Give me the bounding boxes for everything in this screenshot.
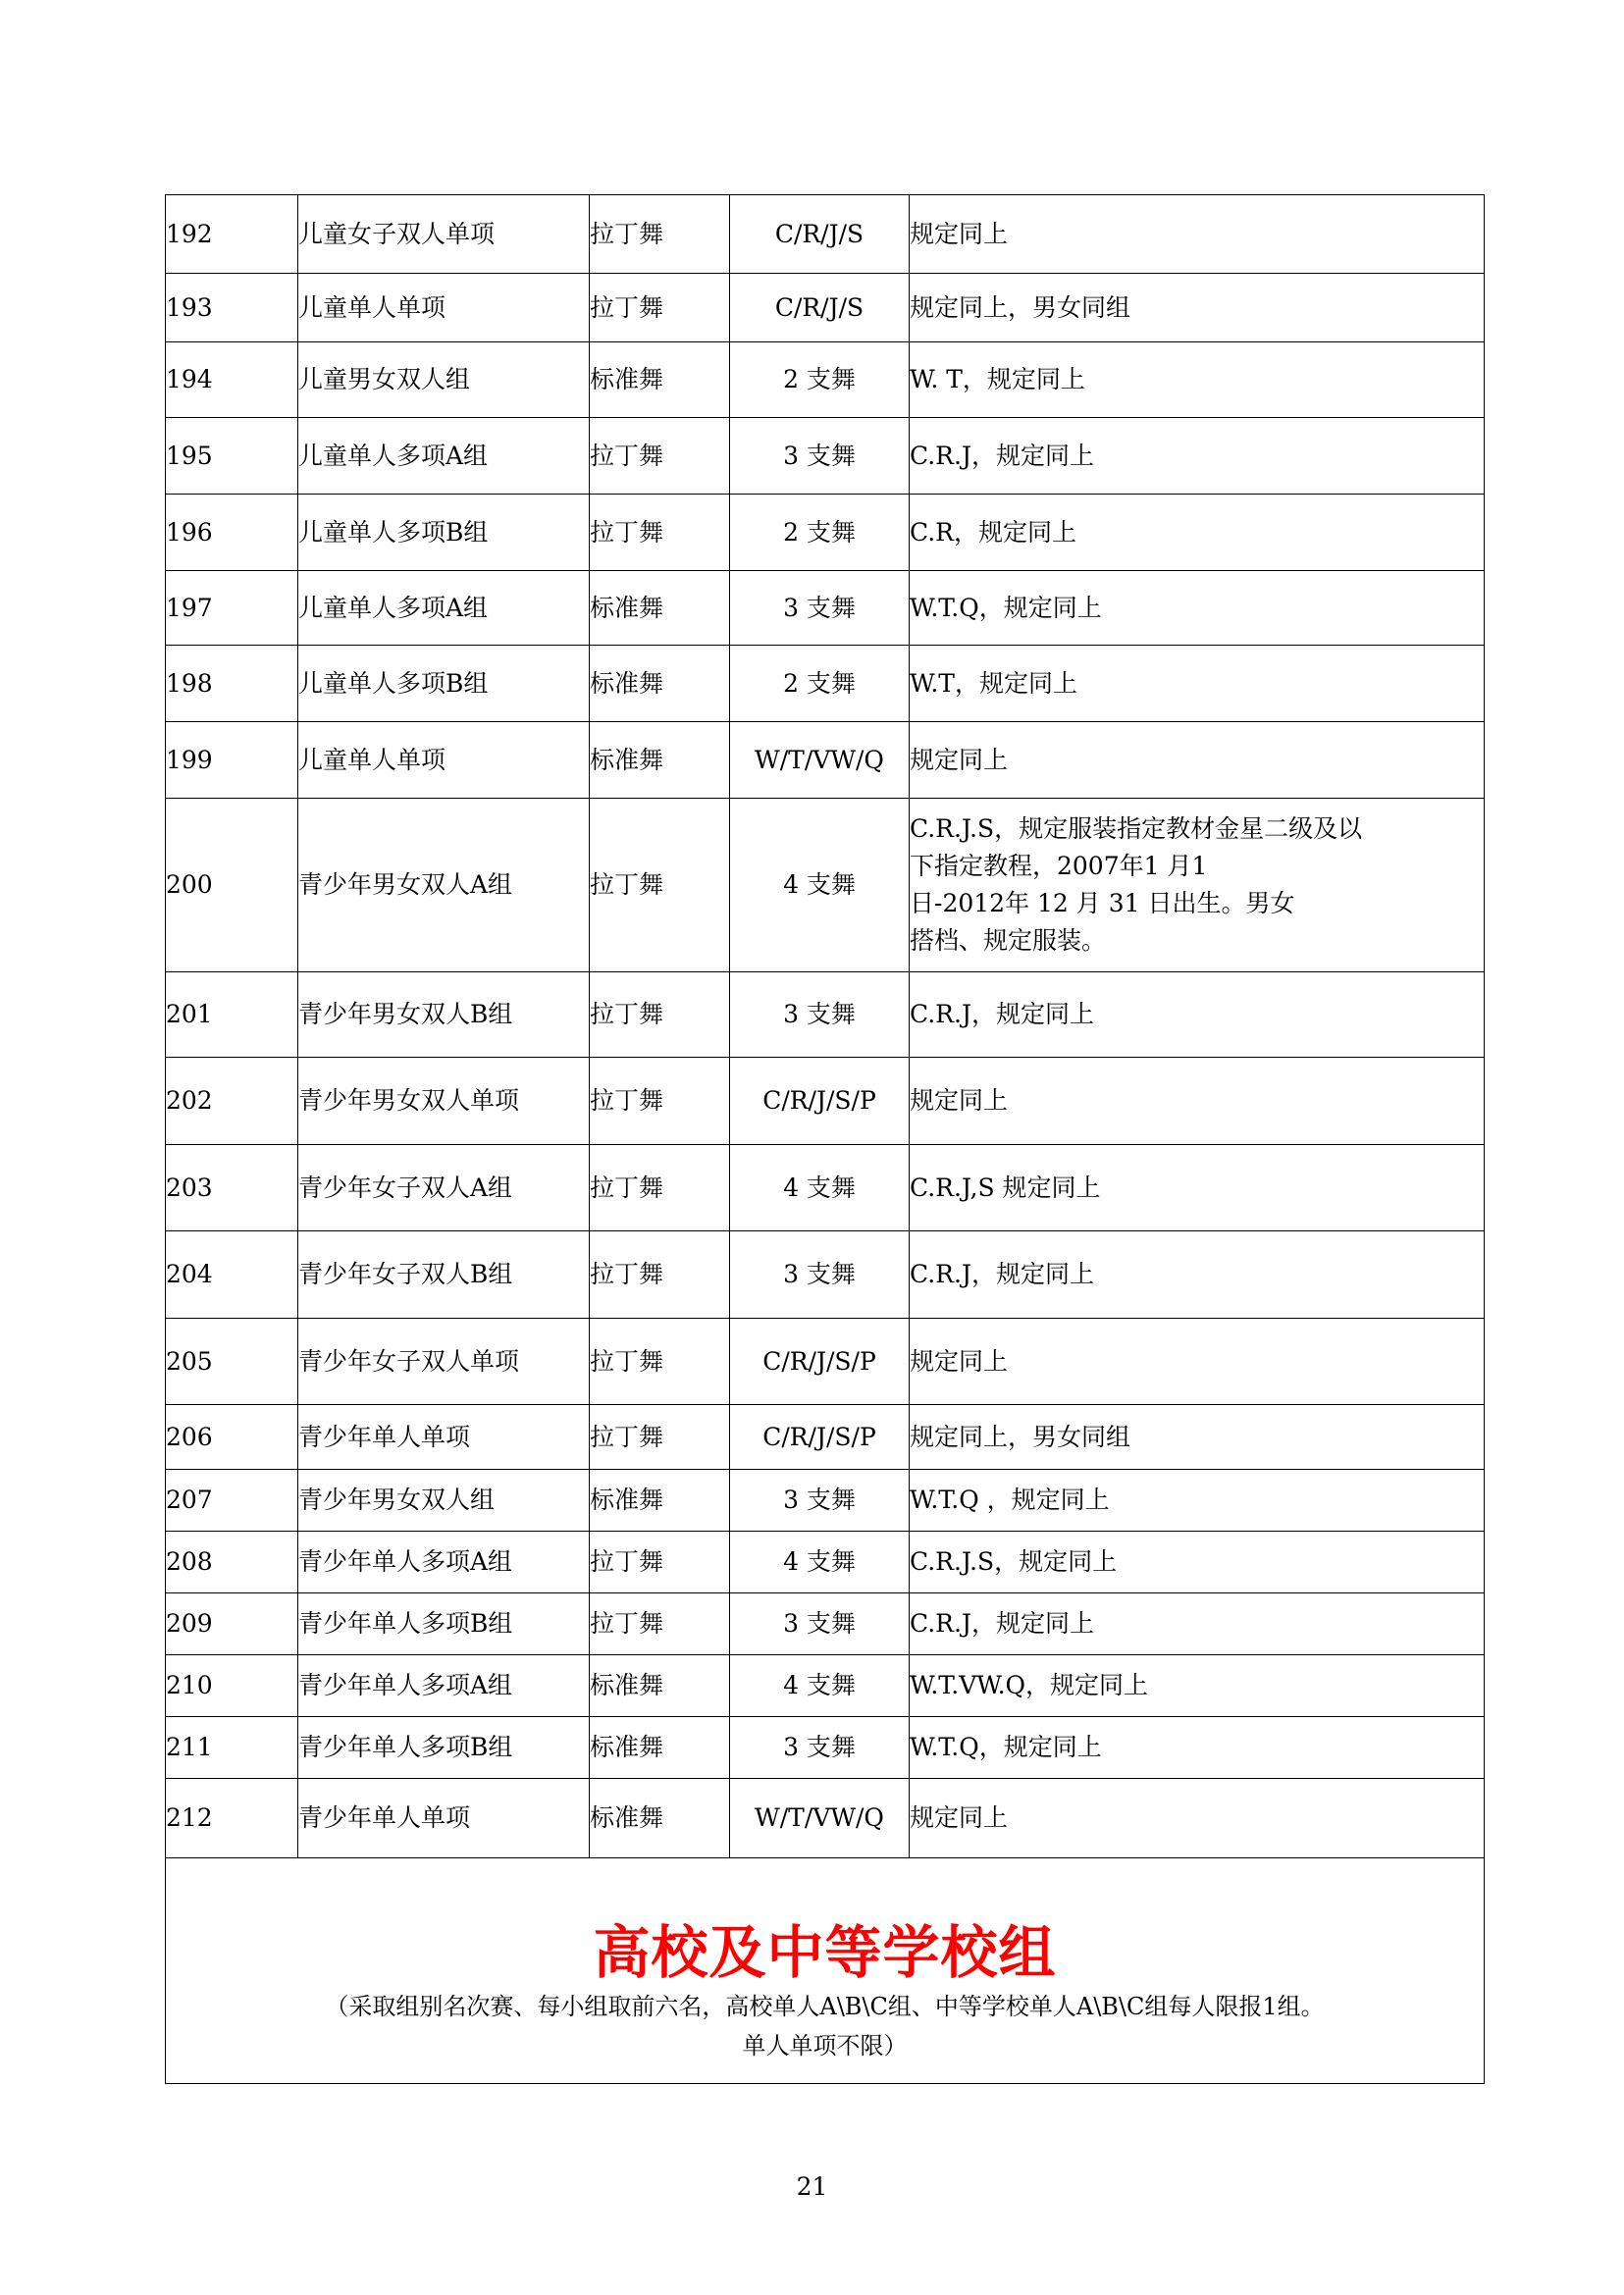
- event-number-cell: 192: [166, 195, 298, 274]
- note-cell: W.T.Q ，规定同上: [910, 1470, 1485, 1532]
- event-name-cell: 青少年单人多项B组: [298, 1593, 590, 1655]
- event-name-cell: 青少年单人单项: [298, 1779, 590, 1858]
- dance-type-cell: 标准舞: [590, 1655, 730, 1717]
- event-name-cell: 青少年男女双人组: [298, 1470, 590, 1532]
- section-note-line-1: （采取组别名次赛、每小组取前六名，高校单人A\B\C组、中等学校单人A\B\C组…: [166, 1987, 1484, 2026]
- table-row: 202青少年男女双人单项拉丁舞C/R/J/S/P规定同上: [166, 1058, 1485, 1145]
- table-row: 207青少年男女双人组标准舞3 支舞W.T.Q ，规定同上: [166, 1470, 1485, 1532]
- event-name-cell: 青少年单人多项A组: [298, 1655, 590, 1717]
- event-name-cell: 青少年男女双人单项: [298, 1058, 590, 1145]
- event-number-cell: 208: [166, 1532, 298, 1593]
- section-title: 高校及中等学校组: [166, 1918, 1484, 1987]
- dances-cell: 2 支舞: [730, 495, 910, 571]
- table-row: 200青少年男女双人A组拉丁舞4 支舞C.R.J.S，规定服装指定教材金星二级及…: [166, 799, 1485, 972]
- note-cell: C.R.J，规定同上: [910, 1593, 1485, 1655]
- note-cell: W.T.Q，规定同上: [910, 571, 1485, 646]
- event-name-cell: 儿童女子双人单项: [298, 195, 590, 274]
- table-row: 198儿童单人多项B组标准舞2 支舞W.T，规定同上: [166, 646, 1485, 722]
- dance-type-cell: 拉丁舞: [590, 1319, 730, 1405]
- event-name-cell: 青少年女子双人B组: [298, 1231, 590, 1319]
- dance-type-cell: 拉丁舞: [590, 1593, 730, 1655]
- event-name-cell: 儿童男女双人组: [298, 342, 590, 418]
- event-name-cell: 儿童单人多项B组: [298, 646, 590, 722]
- dance-type-cell: 拉丁舞: [590, 495, 730, 571]
- dance-type-cell: 拉丁舞: [590, 1231, 730, 1319]
- dance-type-cell: 标准舞: [590, 342, 730, 418]
- dances-cell: 4 支舞: [730, 1655, 910, 1717]
- event-number-cell: 196: [166, 495, 298, 571]
- dance-type-cell: 拉丁舞: [590, 972, 730, 1058]
- note-cell: W. T，规定同上: [910, 342, 1485, 418]
- event-name-cell: 青少年男女双人A组: [298, 799, 590, 972]
- table-row: 193儿童单人单项拉丁舞C/R/J/S规定同上，男女同组: [166, 274, 1485, 342]
- dances-cell: W/T/VW/Q: [730, 1779, 910, 1858]
- dance-type-cell: 拉丁舞: [590, 195, 730, 274]
- dance-type-cell: 标准舞: [590, 1717, 730, 1779]
- dances-cell: 3 支舞: [730, 1593, 910, 1655]
- event-name-cell: 青少年单人多项A组: [298, 1532, 590, 1593]
- event-number-cell: 197: [166, 571, 298, 646]
- event-number-cell: 205: [166, 1319, 298, 1405]
- table-row: 204青少年女子双人B组拉丁舞3 支舞C.R.J，规定同上: [166, 1231, 1485, 1319]
- dance-type-cell: 标准舞: [590, 571, 730, 646]
- event-name-cell: 儿童单人单项: [298, 722, 590, 799]
- dances-cell: 3 支舞: [730, 1231, 910, 1319]
- event-number-cell: 193: [166, 274, 298, 342]
- event-number-cell: 194: [166, 342, 298, 418]
- event-name-cell: 青少年单人单项: [298, 1405, 590, 1470]
- dances-cell: 4 支舞: [730, 1532, 910, 1593]
- event-table: 192儿童女子双人单项拉丁舞C/R/J/S规定同上193儿童单人单项拉丁舞C/R…: [165, 194, 1485, 2084]
- event-name-cell: 儿童单人多项B组: [298, 495, 590, 571]
- section-note-line-2: 单人单项不限）: [166, 2026, 1484, 2065]
- event-number-cell: 198: [166, 646, 298, 722]
- note-line: 日-2012年 12 月 31 日出生。男女: [910, 885, 1484, 922]
- event-name-cell: 儿童单人多项A组: [298, 571, 590, 646]
- note-cell: W.T，规定同上: [910, 646, 1485, 722]
- table-row: 195儿童单人多项A组拉丁舞3 支舞C.R.J，规定同上: [166, 418, 1485, 495]
- dances-cell: C/R/J/S: [730, 195, 910, 274]
- dance-type-cell: 拉丁舞: [590, 274, 730, 342]
- note-cell: 规定同上: [910, 1058, 1485, 1145]
- dances-cell: 3 支舞: [730, 1717, 910, 1779]
- dances-cell: 4 支舞: [730, 799, 910, 972]
- note-cell: W.T.Q，规定同上: [910, 1717, 1485, 1779]
- event-name-cell: 青少年女子双人A组: [298, 1145, 590, 1231]
- event-number-cell: 195: [166, 418, 298, 495]
- section-row: 高校及中等学校组（采取组别名次赛、每小组取前六名，高校单人A\B\C组、中等学校…: [166, 1858, 1485, 2084]
- note-cell: 规定同上: [910, 1319, 1485, 1405]
- event-number-cell: 199: [166, 722, 298, 799]
- dance-type-cell: 拉丁舞: [590, 418, 730, 495]
- event-name-cell: 青少年单人多项B组: [298, 1717, 590, 1779]
- dance-type-cell: 标准舞: [590, 722, 730, 799]
- dances-cell: 3 支舞: [730, 418, 910, 495]
- table-row: 205青少年女子双人单项拉丁舞C/R/J/S/P规定同上: [166, 1319, 1485, 1405]
- note-cell: C.R，规定同上: [910, 495, 1485, 571]
- note-cell: C.R.J.S，规定同上: [910, 1532, 1485, 1593]
- note-cell: 规定同上，男女同组: [910, 274, 1485, 342]
- table-row: 201青少年男女双人B组拉丁舞3 支舞C.R.J，规定同上: [166, 972, 1485, 1058]
- dances-cell: 3 支舞: [730, 1470, 910, 1532]
- event-name-cell: 儿童单人多项A组: [298, 418, 590, 495]
- dance-type-cell: 标准舞: [590, 1779, 730, 1858]
- table-row: 211青少年单人多项B组标准舞3 支舞W.T.Q，规定同上: [166, 1717, 1485, 1779]
- table-row: 192儿童女子双人单项拉丁舞C/R/J/S规定同上: [166, 195, 1485, 274]
- event-name-cell: 青少年女子双人单项: [298, 1319, 590, 1405]
- note-cell: 规定同上: [910, 195, 1485, 274]
- event-number-cell: 201: [166, 972, 298, 1058]
- dance-type-cell: 拉丁舞: [590, 1405, 730, 1470]
- dances-cell: 4 支舞: [730, 1145, 910, 1231]
- table-row: 206青少年单人单项拉丁舞C/R/J/S/P规定同上，男女同组: [166, 1405, 1485, 1470]
- note-cell: C.R.J，规定同上: [910, 972, 1485, 1058]
- dances-cell: C/R/J/S/P: [730, 1405, 910, 1470]
- event-name-cell: 儿童单人单项: [298, 274, 590, 342]
- table-row: 194儿童男女双人组标准舞2 支舞W. T，规定同上: [166, 342, 1485, 418]
- dances-cell: C/R/J/S: [730, 274, 910, 342]
- dances-cell: C/R/J/S/P: [730, 1058, 910, 1145]
- note-cell: C.R.J，规定同上: [910, 1231, 1485, 1319]
- dances-cell: 3 支舞: [730, 571, 910, 646]
- dance-type-cell: 标准舞: [590, 1470, 730, 1532]
- page-number: 21: [0, 2172, 1624, 2201]
- event-number-cell: 210: [166, 1655, 298, 1717]
- dance-type-cell: 拉丁舞: [590, 1532, 730, 1593]
- event-number-cell: 203: [166, 1145, 298, 1231]
- event-number-cell: 204: [166, 1231, 298, 1319]
- table-row: 196儿童单人多项B组拉丁舞2 支舞C.R，规定同上: [166, 495, 1485, 571]
- dances-cell: C/R/J/S/P: [730, 1319, 910, 1405]
- note-cell: C.R.J.S，规定服装指定教材金星二级及以下指定教程，2007年1 月1日-2…: [910, 799, 1485, 972]
- note-cell: C.R.J,S 规定同上: [910, 1145, 1485, 1231]
- event-number-cell: 209: [166, 1593, 298, 1655]
- dances-cell: 2 支舞: [730, 646, 910, 722]
- dances-cell: W/T/VW/Q: [730, 722, 910, 799]
- table-row: 208青少年单人多项A组拉丁舞4 支舞C.R.J.S，规定同上: [166, 1532, 1485, 1593]
- note-cell: W.T.VW.Q，规定同上: [910, 1655, 1485, 1717]
- note-cell: 规定同上，男女同组: [910, 1405, 1485, 1470]
- dances-cell: 2 支舞: [730, 342, 910, 418]
- table-row: 203青少年女子双人A组拉丁舞4 支舞C.R.J,S 规定同上: [166, 1145, 1485, 1231]
- dance-type-cell: 拉丁舞: [590, 1058, 730, 1145]
- dances-cell: 3 支舞: [730, 972, 910, 1058]
- note-line: C.R.J.S，规定服装指定教材金星二级及以: [910, 810, 1484, 848]
- section-header-cell: 高校及中等学校组（采取组别名次赛、每小组取前六名，高校单人A\B\C组、中等学校…: [166, 1858, 1485, 2084]
- table-row: 212青少年单人单项标准舞W/T/VW/Q规定同上: [166, 1779, 1485, 1858]
- event-name-cell: 青少年男女双人B组: [298, 972, 590, 1058]
- event-number-cell: 206: [166, 1405, 298, 1470]
- event-number-cell: 211: [166, 1717, 298, 1779]
- event-number-cell: 200: [166, 799, 298, 972]
- table-row: 210青少年单人多项A组标准舞4 支舞W.T.VW.Q，规定同上: [166, 1655, 1485, 1717]
- table-row: 209青少年单人多项B组拉丁舞3 支舞C.R.J，规定同上: [166, 1593, 1485, 1655]
- note-cell: 规定同上: [910, 1779, 1485, 1858]
- dance-type-cell: 拉丁舞: [590, 799, 730, 972]
- event-number-cell: 212: [166, 1779, 298, 1858]
- note-cell: 规定同上: [910, 722, 1485, 799]
- dance-type-cell: 拉丁舞: [590, 1145, 730, 1231]
- event-number-cell: 207: [166, 1470, 298, 1532]
- dance-type-cell: 标准舞: [590, 646, 730, 722]
- table-row: 199儿童单人单项标准舞W/T/VW/Q规定同上: [166, 722, 1485, 799]
- table-row: 197儿童单人多项A组标准舞3 支舞W.T.Q，规定同上: [166, 571, 1485, 646]
- note-cell: C.R.J，规定同上: [910, 418, 1485, 495]
- event-number-cell: 202: [166, 1058, 298, 1145]
- note-line: 下指定教程，2007年1 月1: [910, 848, 1484, 885]
- note-line: 搭档、规定服装。: [910, 922, 1484, 960]
